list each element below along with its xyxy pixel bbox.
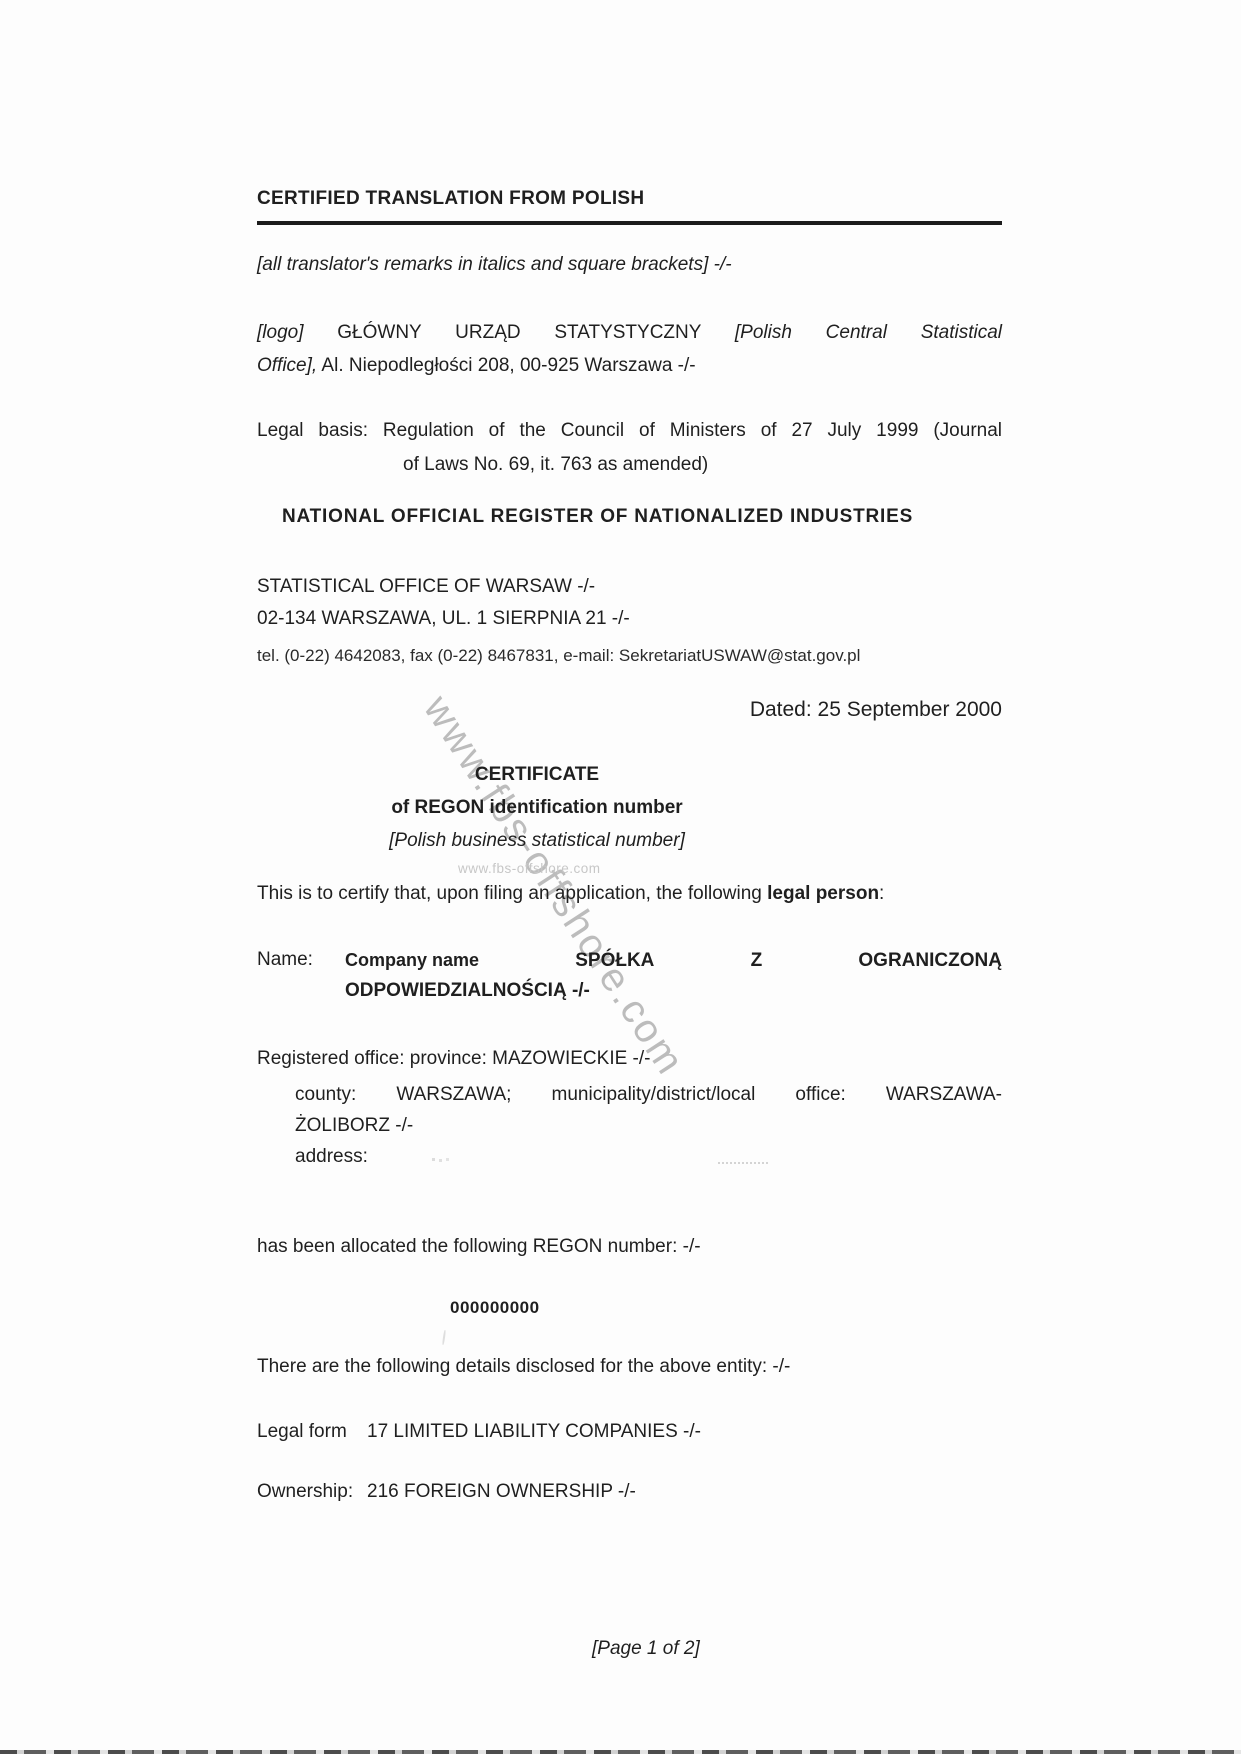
translator-remarks: [all translator's remarks in italics and…	[257, 254, 1002, 276]
certificate-subheading: of REGON identification number	[257, 791, 817, 824]
registered-office-county: county: WARSZAWA; municipality/district/…	[257, 1079, 1002, 1110]
name-value: Company name SPÓŁKA Z OGRANICZONĄ ODPOWI…	[345, 949, 1002, 1002]
registered-office-province: Registered office: province: MAZOWIECKIE…	[257, 1043, 1002, 1074]
legal-basis-line-2: of Laws No. 69, it. 763 as amended)	[257, 448, 1002, 482]
registered-office-block: Registered office: province: MAZOWIECKIE…	[257, 1043, 1002, 1172]
issuer-org-translation-2: Office],	[257, 355, 317, 376]
ownership-value: 216 FOREIGN OWNERSHIP -/-	[367, 1481, 636, 1503]
legal-basis-line-1: Legal basis: Regulation of the Council o…	[257, 414, 1002, 448]
certified-translation-page: www.fbs-offshore.com CERTIFIED TRANSLATI…	[0, 0, 1241, 1754]
certificate-note: [Polish business statistical number]	[257, 824, 817, 857]
legal-form-value: 17 LIMITED LIABILITY COMPANIES -/-	[367, 1421, 701, 1443]
registered-office-district: ŻOLIBORZ -/-	[257, 1110, 1002, 1141]
registered-office-address-label: address:	[257, 1141, 1002, 1172]
scan-artifact-dash	[718, 1162, 768, 1164]
allocation-statement: has been allocated the following REGON n…	[257, 1236, 1002, 1258]
certify-legal-person: legal person	[767, 883, 879, 904]
legal-basis: Legal basis: Regulation of the Council o…	[257, 414, 1002, 482]
certificate-heading-block: CERTIFICATE of REGON identification numb…	[257, 758, 817, 857]
office-address: 02-134 WARSZAWA, UL. 1 SIERPNIA 21 -/-	[257, 603, 1002, 635]
issuer-line-1: [logo] GŁÓWNY URZĄD STATYSTYCZNY [Polish…	[257, 316, 1002, 349]
issuer-address: Al. Niepodległości 208, 00-925 Warszawa …	[321, 355, 695, 376]
scan-artifact-dots	[432, 1158, 435, 1161]
company-type-word-3: OGRANICZONĄ	[858, 950, 1002, 972]
office-name: STATISTICAL OFFICE OF WARSAW -/-	[257, 571, 1002, 603]
details-statement: There are the following details disclose…	[257, 1356, 1002, 1378]
certify-suffix: :	[879, 883, 884, 904]
name-row: Name: Company name SPÓŁKA Z OGRANICZONĄ …	[257, 949, 1002, 1002]
ownership-label: Ownership:	[257, 1481, 367, 1503]
dated-line: Dated: 25 September 2000	[257, 698, 1002, 722]
name-value-line-1: Company name SPÓŁKA Z OGRANICZONĄ	[345, 949, 1002, 972]
certify-statement: This is to certify that, upon filing an …	[257, 883, 1002, 905]
statistical-office-block: STATISTICAL OFFICE OF WARSAW -/- 02-134 …	[257, 571, 1002, 672]
issuer-line-2: Office], Al. Niepodległości 208, 00-925 …	[257, 349, 1002, 382]
legal-form-label: Legal form	[257, 1421, 367, 1443]
scan-artifact-stroke	[442, 1330, 446, 1345]
name-value-line-2: ODPOWIEDZIALNOŚCIĄ -/-	[345, 980, 1002, 1002]
legal-form-row: Legal form 17 LIMITED LIABILITY COMPANIE…	[257, 1421, 1002, 1443]
company-name-placeholder: Company name	[345, 949, 479, 971]
page-number-footer: [Page 1 of 2]	[592, 1638, 700, 1660]
title-underline	[257, 221, 1002, 225]
regon-number: 000000000	[450, 1298, 540, 1318]
certify-prefix: This is to certify that, upon filing an …	[257, 883, 762, 904]
name-label: Name:	[257, 949, 345, 1002]
office-contact: tel. (0-22) 4642083, fax (0-22) 8467831,…	[257, 640, 1002, 672]
issuer-org-name: GŁÓWNY URZĄD STATYSTYCZNY	[337, 322, 701, 343]
logo-tag: [logo]	[257, 322, 303, 343]
issuer-paragraph: [logo] GŁÓWNY URZĄD STATYSTYCZNY [Polish…	[257, 316, 1002, 382]
inline-watermark: www.fbs-offshore.com	[458, 861, 601, 876]
document-title: CERTIFIED TRANSLATION FROM POLISH	[257, 188, 1002, 210]
company-type-word-2: Z	[751, 950, 763, 972]
ownership-row: Ownership: 216 FOREIGN OWNERSHIP -/-	[257, 1481, 1002, 1503]
register-title: NATIONAL OFFICIAL REGISTER OF NATIONALIZ…	[257, 506, 1002, 528]
issuer-org-translation-1: [Polish Central Statistical	[735, 322, 1002, 343]
certificate-heading: CERTIFICATE	[257, 758, 817, 791]
company-type-word-1: SPÓŁKA	[575, 950, 654, 972]
next-page-edge	[0, 1750, 1241, 1754]
